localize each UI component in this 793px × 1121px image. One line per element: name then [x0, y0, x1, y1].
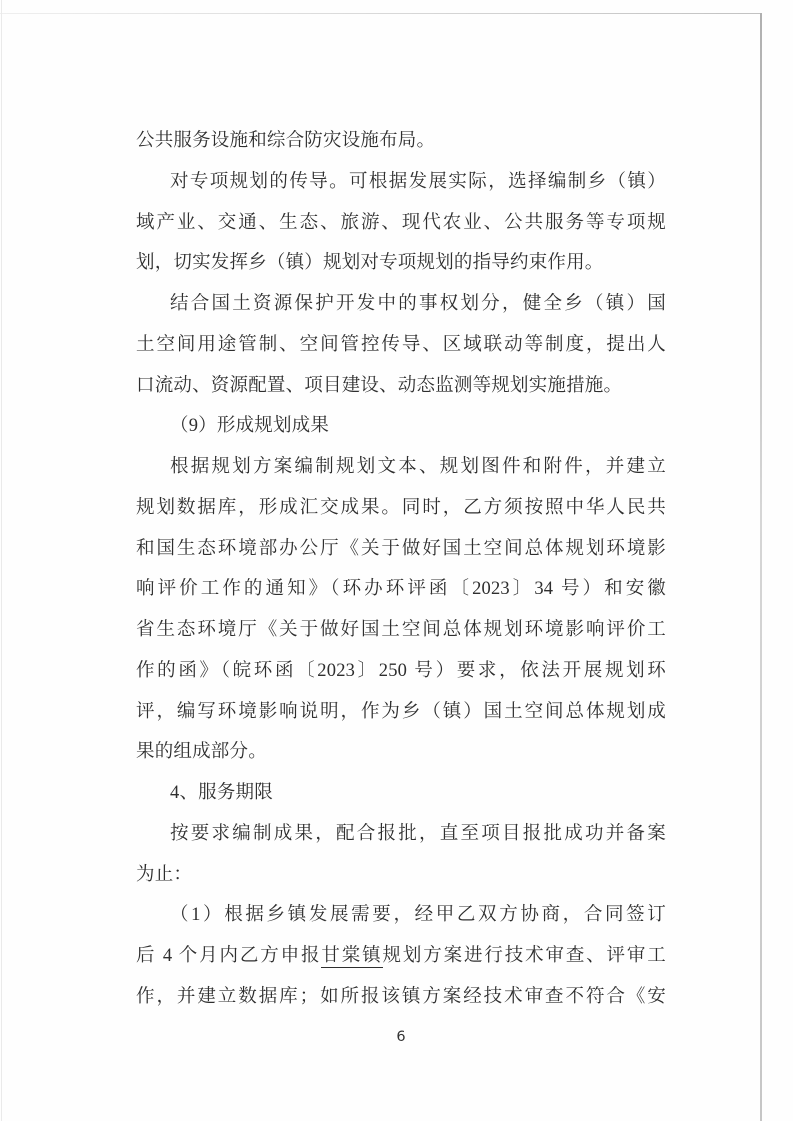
text-line: 省生态环境厅《关于做好国土空间总体规划环境影响评价工 [136, 610, 666, 651]
text-line: 根据规划方案编制规划文本、规划图件和附件，并建立 [136, 447, 666, 488]
text-line: 后 4 个月内乙方申报甘棠镇规划方案进行技术审查、评审工 [136, 936, 666, 977]
text-line: 口流动、资源配置、项目建设、动态监测等规划实施措施。 [136, 366, 666, 407]
text-line: 对专项规划的传导。可根据发展实际，选择编制乡（镇） [136, 162, 666, 203]
scan-edge-left [1, 0, 2, 1121]
page-number: 6 [136, 1028, 666, 1046]
section-heading-service-period: 4、服务期限 [136, 773, 666, 814]
scanned-contract-page: 公共服务设施和综合防灾设施布局。 对专项规划的传导。可根据发展实际，选择编制乡（… [0, 0, 793, 1121]
underlined-town-name: 甘棠镇 [321, 946, 382, 968]
text-line: 评，编写环境影响说明，作为乡（镇）国土空间总体规划成 [136, 692, 666, 733]
text-line: 划，切实发挥乡（镇）规划对专项规划的指导约束作用。 [136, 243, 666, 284]
line-segment: 后 4 个月内乙方申报 [136, 946, 321, 966]
item-heading-form-planning-results: （9）形成规划成果 [136, 406, 666, 447]
scan-edge-top [0, 13, 761, 14]
text-line: 为止： [136, 855, 666, 896]
text-line: 作的函》（皖环函〔2023〕250 号）要求，依法开展规划环 [136, 651, 666, 692]
document-body: 公共服务设施和综合防灾设施布局。 对专项规划的传导。可根据发展实际，选择编制乡（… [136, 121, 666, 1018]
text-line: 土空间用途管制、空间管控传导、区域联动等制度，提出人 [136, 325, 666, 366]
text-line: （1）根据乡镇发展需要，经甲乙双方协商，合同签订 [136, 895, 666, 936]
text-line: 作，并建立数据库；如所报该镇方案经技术审查不符合《安 [136, 977, 666, 1018]
text-line: 和国生态环境部办公厅《关于做好国土空间总体规划环境影 [136, 529, 666, 570]
text-line: 响评价工作的通知》（环办环评函〔2023〕34 号）和安徽 [136, 569, 666, 610]
text-line: 结合国土资源保护开发中的事权划分，健全乡（镇）国 [136, 284, 666, 325]
text-line: 按要求编制成果，配合报批，直至项目报批成功并备案 [136, 814, 666, 855]
text-line: 域产业、交通、生态、旅游、现代农业、公共服务等专项规 [136, 203, 666, 244]
line-segment: 规划方案进行技术审查、评审工 [383, 946, 667, 966]
text-line: 规划数据库，形成汇交成果。同时，乙方须按照中华人民共 [136, 488, 666, 529]
scan-edge-right [760, 13, 762, 1121]
text-line: 公共服务设施和综合防灾设施布局。 [136, 121, 666, 162]
text-line: 果的组成部分。 [136, 732, 666, 773]
